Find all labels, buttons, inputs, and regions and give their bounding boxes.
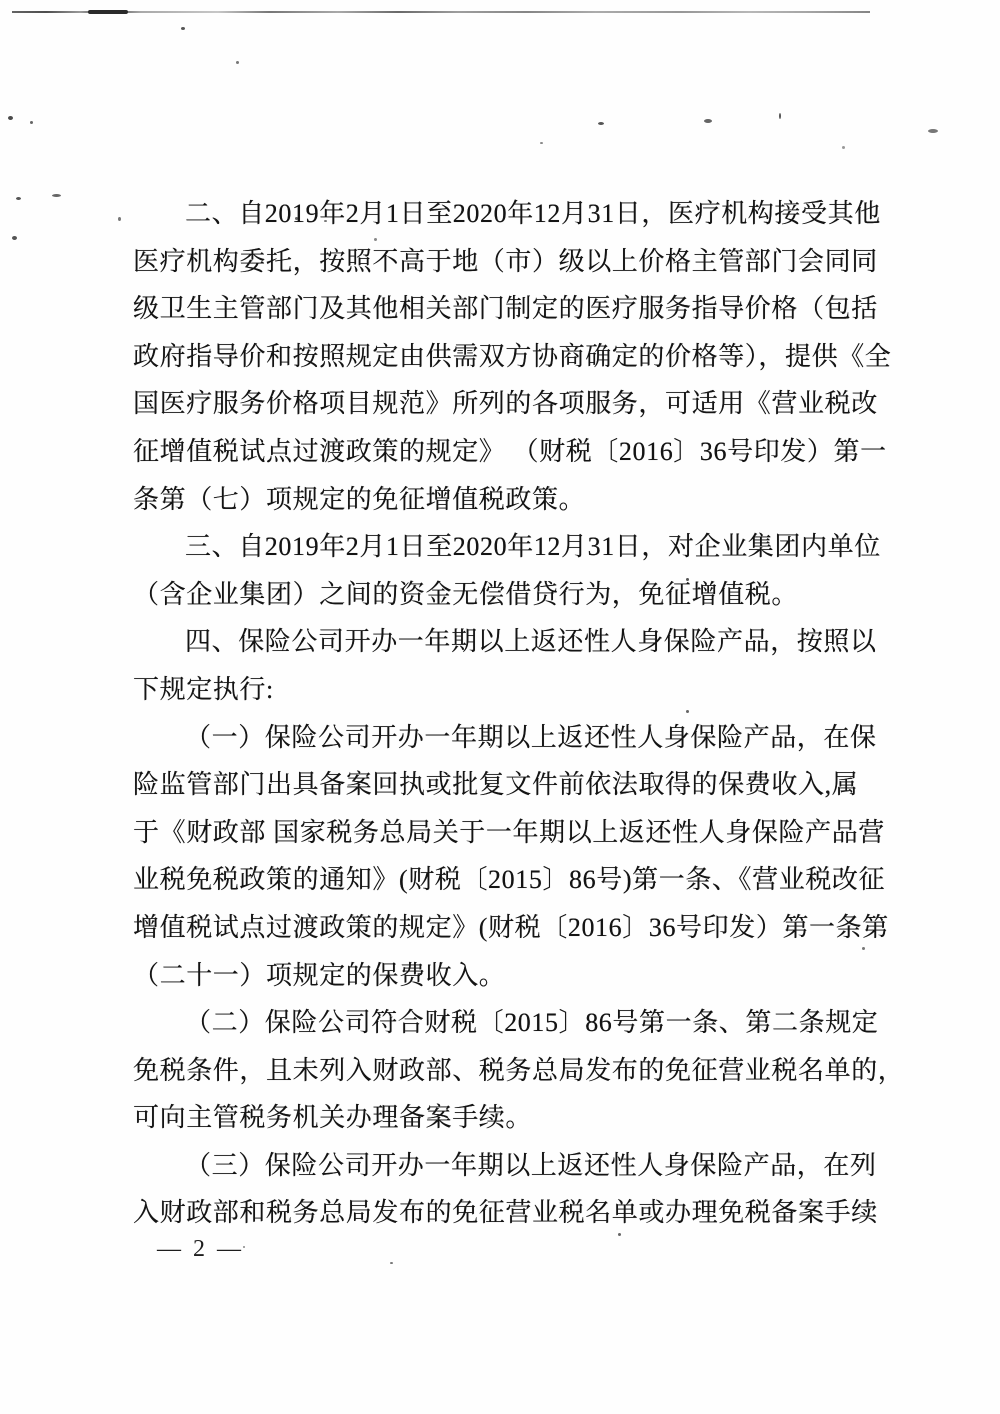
document-line: （一）保险公司开办一年期以上返还性人身保险产品，在保 bbox=[133, 714, 893, 762]
scanned-document-page: 二、自2019年2月1日至2020年12月31日，医疗机构接受其他 医疗机构委托… bbox=[0, 0, 1000, 1414]
document-line: 业税免税政策的通知》(财税〔2015〕86号)第一条、《营业税改征 bbox=[133, 856, 893, 904]
document-line: （二）保险公司符合财税〔2015〕86号第一条、第二条规定 bbox=[133, 999, 893, 1047]
document-line: 险监管部门出具备案回执或批复文件前依法取得的保费收入,属 bbox=[133, 761, 893, 809]
scan-speck bbox=[236, 61, 239, 64]
document-line: 入财政部和税务总局发布的免征营业税名单或办理免税备案手续 bbox=[133, 1189, 893, 1237]
document-line: 医疗机构委托，按照不高于地（市）级以上价格主管部门会同同 bbox=[133, 238, 893, 286]
document-line: 级卫生主管部门及其他相关部门制定的医疗服务指导价格（包括 bbox=[133, 285, 893, 333]
document-line: 下规定执行: bbox=[133, 666, 893, 714]
scan-speck bbox=[118, 217, 121, 221]
page-number: — 2 — bbox=[157, 1236, 244, 1263]
document-line: 免税条件，且未列入财政部、税务总局发布的免征营业税名单的， bbox=[133, 1047, 893, 1095]
scan-speck bbox=[12, 236, 17, 240]
scan-speck bbox=[540, 142, 543, 144]
scan-speck bbox=[390, 1262, 393, 1264]
document-body: 二、自2019年2月1日至2020年12月31日，医疗机构接受其他 医疗机构委托… bbox=[133, 190, 893, 1237]
document-line: 征增值税试点过渡政策的规定》 （财税〔2016〕36号印发）第一 bbox=[133, 428, 893, 476]
document-line: 三、自2019年2月1日至2020年12月31日，对企业集团内单位 bbox=[133, 523, 893, 571]
scan-speck bbox=[52, 194, 61, 197]
scan-speck bbox=[16, 197, 21, 200]
document-line: （含企业集团）之间的资金无偿借贷行为，免征增值税。 bbox=[133, 571, 893, 619]
scan-speck bbox=[598, 122, 604, 125]
document-line: 于《财政部 国家税务总局关于一年期以上返还性人身保险产品营 bbox=[133, 809, 893, 857]
document-line: （三）保险公司开办一年期以上返还性人身保险产品，在列 bbox=[133, 1142, 893, 1190]
scan-speck bbox=[842, 146, 845, 149]
document-line: 四、保险公司开办一年期以上返还性人身保险产品，按照以 bbox=[133, 618, 893, 666]
scan-speck bbox=[704, 119, 712, 123]
document-line: 国医疗服务价格项目规范》所列的各项服务，可适用《营业税改 bbox=[133, 380, 893, 428]
scan-speck bbox=[8, 116, 13, 120]
scan-speck bbox=[181, 27, 185, 30]
scan-speck bbox=[928, 129, 938, 133]
document-line: 二、自2019年2月1日至2020年12月31日，医疗机构接受其他 bbox=[133, 190, 893, 238]
document-line: 政府指导价和按照规定由供需双方协商确定的价格等），提供《全 bbox=[133, 333, 893, 381]
document-line: （二十一）项规定的保费收入。 bbox=[133, 952, 893, 1000]
scan-line-artifact bbox=[12, 11, 870, 13]
document-line: 增值税试点过渡政策的规定》(财税〔2016〕36号印发）第一条第 bbox=[133, 904, 893, 952]
scan-line-artifact-dark-segment bbox=[88, 10, 128, 14]
scan-speck bbox=[30, 121, 33, 124]
scan-speck bbox=[779, 113, 781, 119]
document-line: 可向主管税务机关办理备案手续。 bbox=[133, 1094, 893, 1142]
document-line: 条第（七）项规定的免征增值税政策。 bbox=[133, 476, 893, 524]
